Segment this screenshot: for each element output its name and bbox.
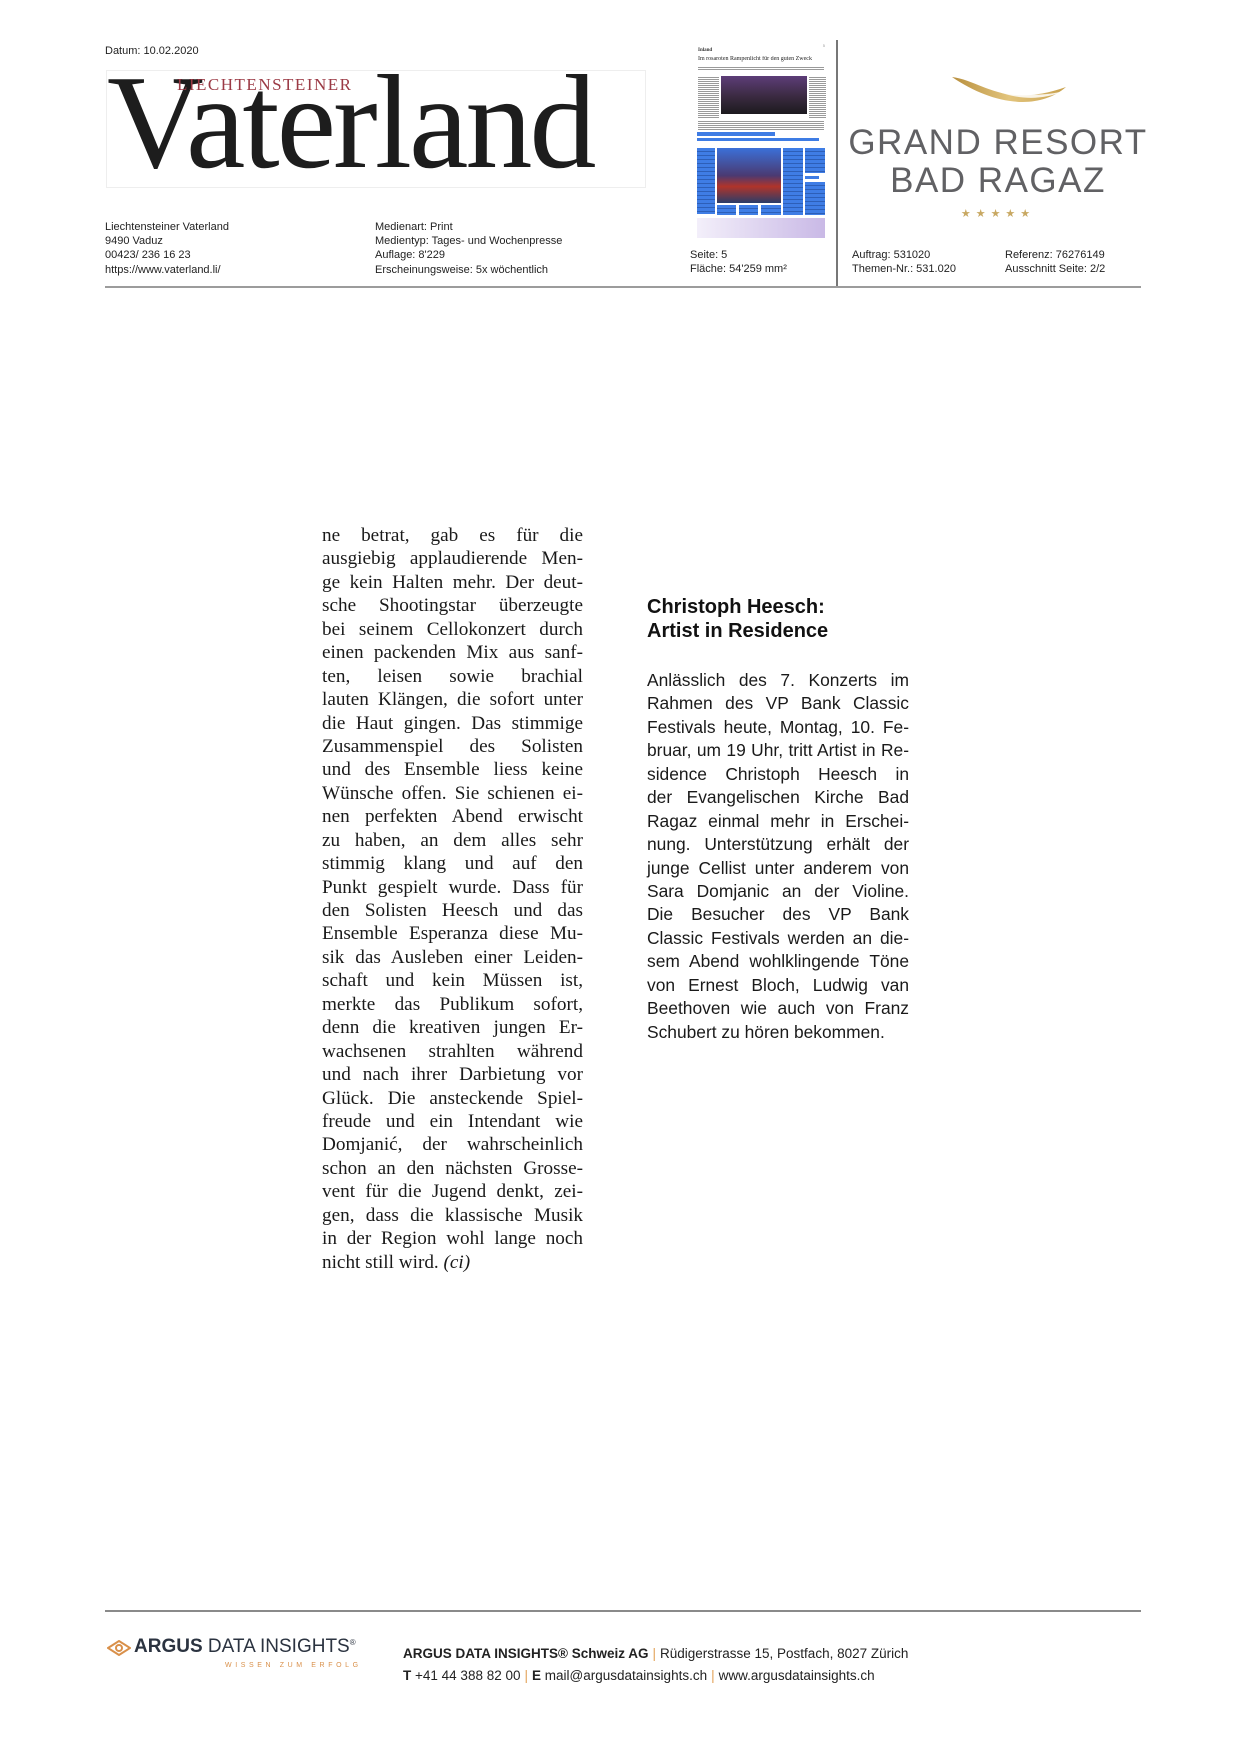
area: Fläche: 54'259 mm² xyxy=(690,262,787,276)
article-line: ten, leisen sowie brachial xyxy=(322,665,583,688)
article-body: ne betrat, gab es für die ausgiebig appl… xyxy=(322,524,583,1274)
thumbnail-page-marker: 5 xyxy=(823,43,825,48)
footer-phone: +41 44 388 82 00 xyxy=(415,1668,520,1683)
media-type: Medienart: Print xyxy=(375,220,562,234)
masthead-kicker: LIECHTENSTEINER xyxy=(177,75,352,95)
media-category: Medientyp: Tages- und Wochenpresse xyxy=(375,234,562,248)
separator: | xyxy=(525,1668,529,1683)
info-box: Christoph Heesch: Artist in Residence An… xyxy=(647,595,909,1044)
order-info: Auftrag: 531020 Themen-Nr.: 531.020 xyxy=(852,248,956,276)
page-thumbnail: Inland 5 Im rosaroten Rampenlicht für de… xyxy=(694,40,829,238)
thumbnail-headline: Im rosaroten Rampenlicht für den guten Z… xyxy=(698,56,826,62)
thumbnail-highlight-block xyxy=(805,182,825,215)
document-date: Datum: 10.02.2020 xyxy=(105,45,199,57)
info-box-line: sidence Christoph Heesch in xyxy=(647,763,909,786)
email-label: E xyxy=(532,1668,541,1683)
info-box-line: Classic Festivals werden an die- xyxy=(647,927,909,950)
article-line: zu haben, an dem alles sehr xyxy=(322,829,583,852)
media-info: Medienart: Print Medientyp: Tages- und W… xyxy=(375,220,562,277)
header-vertical-divider xyxy=(836,40,838,288)
thumbnail-advertisement xyxy=(697,218,825,238)
article-line: den Solisten Heesch und das xyxy=(322,899,583,922)
article-line: stimmig klang und auf den xyxy=(322,852,583,875)
eye-icon xyxy=(107,1640,131,1656)
topic-number: Themen-Nr.: 531.020 xyxy=(852,262,956,276)
article-line: Zusammenspiel des Solisten xyxy=(322,735,583,758)
info-box-line: nung. Unterstützung erhält der xyxy=(647,833,909,856)
footer-address: Rüdigerstrasse 15, Postfach, 8027 Zürich xyxy=(660,1646,908,1661)
client-logo-line1: GRAND RESORT xyxy=(848,123,1148,163)
article-line: Ensemble Esperanza diese Mu- xyxy=(322,922,583,945)
clipping-page: Ausschnitt Seite: 2/2 xyxy=(1005,262,1105,276)
footer-address-line: ARGUS DATA INSIGHTS® Schweiz AG|Rüdigers… xyxy=(403,1643,908,1665)
article-last-line: nicht still wird. (ci) xyxy=(322,1251,583,1274)
info-box-title-line2: Artist in Residence xyxy=(647,619,909,643)
article-line: sik das Ausleben einer Leiden- xyxy=(322,946,583,969)
thumbnail-lead-text xyxy=(698,66,824,70)
argus-brand-light: DATA INSIGHTS xyxy=(203,1636,350,1657)
reference-info: Referenz: 76276149 Ausschnitt Seite: 2/2 xyxy=(1005,248,1105,276)
article-line: ne betrat, gab es für die xyxy=(322,524,583,547)
info-box-text: Anlässlich des 7. Konzerts im Rahmen des… xyxy=(647,669,909,1044)
thumbnail-highlight-column xyxy=(783,148,803,215)
info-box-title-line1: Christoph Heesch: xyxy=(647,595,909,619)
article-line: nicht still wird. xyxy=(322,1252,439,1273)
gold-swoosh-icon xyxy=(948,71,1068,121)
footer-divider xyxy=(105,1610,1141,1612)
header-divider xyxy=(105,286,1141,288)
info-box-line: Beethoven wie auch von Franz xyxy=(647,997,909,1020)
footer-company: ARGUS DATA INSIGHTS® Schweiz AG xyxy=(403,1646,648,1661)
argus-tagline: WISSEN ZUM ERFOLG xyxy=(225,1662,362,1669)
publisher-url[interactable]: https://www.vaterland.li/ xyxy=(105,263,229,277)
article-line: wachsenen strahlten während xyxy=(322,1040,583,1063)
five-star-icon: ★★★★★ xyxy=(848,207,1148,220)
footer-email[interactable]: mail@argusdatainsights.ch xyxy=(545,1668,707,1683)
circulation: Auflage: 8'229 xyxy=(375,248,562,262)
footer-contact: ARGUS DATA INSIGHTS® Schweiz AG|Rüdigers… xyxy=(403,1643,908,1687)
info-box-title: Christoph Heesch: Artist in Residence xyxy=(647,595,909,643)
article-line: und nach ihrer Darbietung vor xyxy=(322,1063,583,1086)
thumbnail-highlight-block xyxy=(761,205,781,215)
info-box-line: der Evangelischen Kirche Bad xyxy=(647,786,909,809)
article-line: lauten Klängen, die sofort unter xyxy=(322,688,583,711)
info-box-line: Rahmen des VP Bank Classic xyxy=(647,692,909,715)
thumbnail-highlight-block xyxy=(717,205,736,215)
thumbnail-highlight-block xyxy=(739,205,758,215)
newspaper-masthead-logo: Vaterland LIECHTENSTEINER xyxy=(106,70,646,188)
page-info: Seite: 5 Fläche: 54'259 mm² xyxy=(690,248,787,276)
article-line: nen perfekten Abend erwischt xyxy=(322,805,583,828)
separator: | xyxy=(652,1646,656,1661)
argus-brand-bold: ARGUS xyxy=(134,1636,203,1657)
article-line: freude und ein Intendant wie xyxy=(322,1110,583,1133)
reference-number: Referenz: 76276149 xyxy=(1005,248,1105,262)
thumbnail-section: Inland xyxy=(698,48,712,53)
thumbnail-text-column xyxy=(698,76,719,118)
info-box-line: Anlässlich des 7. Konzerts im xyxy=(647,669,909,692)
article-line: Punkt gespielt wurde. Dass für xyxy=(322,876,583,899)
info-box-line: Die Besucher des VP Bank xyxy=(647,903,909,926)
article-line: einen packenden Mix aus sanf- xyxy=(322,641,583,664)
article-line: bei seinem Cellokonzert durch xyxy=(322,618,583,641)
info-box-line: junge Cellist unter anderem von xyxy=(647,857,909,880)
article-line: vent für die Jugend denkt, zei- xyxy=(322,1180,583,1203)
phone-label: T xyxy=(403,1668,411,1683)
info-box-line: Schubert zu hören bekommen. xyxy=(647,1021,909,1044)
article-line: ge kein Halten mehr. Der deut- xyxy=(322,571,583,594)
info-box-line: sem Abend wohlklingende Töne xyxy=(647,950,909,973)
article-line: denn die kreativen jungen Er- xyxy=(322,1016,583,1039)
order-number: Auftrag: 531020 xyxy=(852,248,956,262)
footer-contact-line: T +41 44 388 82 00|E mail@argusdatainsig… xyxy=(403,1665,908,1687)
publisher-city: 9490 Vaduz xyxy=(105,234,229,248)
article-line: Domjanić, der wahrscheinlich xyxy=(322,1133,583,1156)
article-line: schaft und kein Müssen ist, xyxy=(322,969,583,992)
publisher-info: Liechtensteiner Vaterland 9490 Vaduz 004… xyxy=(105,220,229,277)
thumbnail-text-column xyxy=(809,76,826,118)
article-line: in der Region wohl lange noch xyxy=(322,1227,583,1250)
article-line: merkte das Publikum sofort, xyxy=(322,993,583,1016)
info-box-line: von Ernest Bloch, Ludwig van xyxy=(647,974,909,997)
info-box-line: bruar, um 19 Uhr, tritt Artist in Re- xyxy=(647,739,909,762)
thumbnail-highlight-label xyxy=(805,176,819,179)
article-line: die Haut gingen. Das stimmige xyxy=(322,712,583,735)
publisher-phone: 00423/ 236 16 23 xyxy=(105,248,229,262)
registered-mark: ® xyxy=(350,1638,356,1647)
client-logo: GRAND RESORT BAD RAGAZ ★★★★★ xyxy=(848,65,1148,235)
thumbnail-highlight-headline xyxy=(697,132,775,136)
article-line: und des Ensemble liess keine xyxy=(322,758,583,781)
article-line: schon an den nächsten Grosse- xyxy=(322,1157,583,1180)
thumbnail-photo-concert xyxy=(717,148,781,203)
article-line: ausgiebig applaudierende Men- xyxy=(322,547,583,570)
thumbnail-text-row xyxy=(698,120,824,130)
info-box-line: Festivals heute, Montag, 10. Fe- xyxy=(647,716,909,739)
publication-frequency: Erscheinungsweise: 5x wöchentlich xyxy=(375,263,562,277)
article-line: Glück. Die ansteckende Spiel- xyxy=(322,1087,583,1110)
thumbnail-photo-orchestra xyxy=(721,76,807,114)
footer-website[interactable]: www.argusdatainsights.ch xyxy=(719,1668,875,1683)
author-signature: (ci) xyxy=(444,1252,471,1273)
argus-brand: ARGUS DATA INSIGHTS® xyxy=(134,1636,356,1658)
thumbnail-highlight-block xyxy=(805,148,825,173)
thumbnail-highlight-lead xyxy=(697,138,819,141)
publisher-name: Liechtensteiner Vaterland xyxy=(105,220,229,234)
argus-logo: ARGUS DATA INSIGHTS® WISSEN ZUM ERFOLG xyxy=(107,1636,357,1676)
thumbnail-highlight-column xyxy=(697,148,715,214)
article-line: gen, dass die klassische Musik xyxy=(322,1204,583,1227)
client-logo-line2: BAD RAGAZ xyxy=(848,161,1148,201)
info-box-line: Ragaz einmal mehr in Erschei- xyxy=(647,810,909,833)
article-line: Wünsche offen. Sie schienen ei- xyxy=(322,782,583,805)
article-line: sche Shootingstar überzeugte xyxy=(322,594,583,617)
page-number: Seite: 5 xyxy=(690,248,787,262)
info-box-line: Sara Domjanic an der Violine. xyxy=(647,880,909,903)
separator: | xyxy=(711,1668,715,1683)
